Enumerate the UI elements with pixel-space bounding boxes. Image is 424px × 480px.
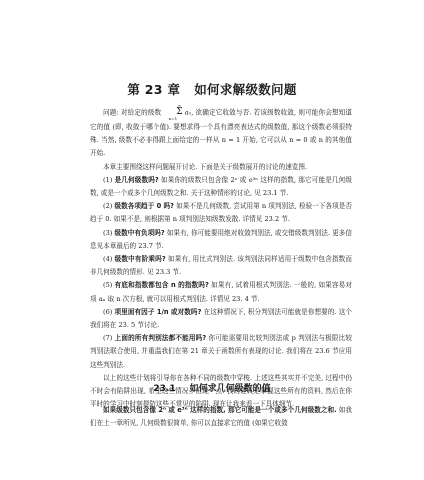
- item-heading: 级数各项趋于 0 吗?: [114, 202, 173, 210]
- item-heading: 项里面有因子 1/n 或对数吗?: [115, 308, 202, 316]
- item-heading: 级数中有阶乘吗?: [115, 255, 166, 263]
- item-heading: 是几何级数吗?: [115, 176, 159, 184]
- section-bold-lead: 如果级数只包含像 2ⁿ 或 e³ⁿ 这样的指数, 那它可能是一个或多个几何级数之…: [103, 406, 337, 414]
- item-heading: 级数中有负项吗?: [114, 229, 164, 237]
- list-item: (1) 是几何级数吗? 如果你的级数只包含像 2ⁿ 或 e³ⁿ 这样的指数, 那…: [90, 174, 352, 200]
- section-body: 如果级数只包含像 2ⁿ 或 e³ⁿ 这样的指数, 那它可能是一个或多个几何级数之…: [90, 404, 352, 430]
- overview-paragraph: 本章主要围绕这样问题展开讨论. 下面是关于级数展开的讨论的速览图.: [90, 161, 352, 174]
- intro-paragraph: 问题: 对给定的级数∞Σn=1aₙ, 欲确定它收敛与否. 若该级数收敛, 则可能…: [90, 104, 352, 161]
- section-title: 23.1如何求几何级数的值: [0, 381, 424, 394]
- sum-lower: n=1: [169, 116, 177, 121]
- item-number: (1): [103, 176, 112, 184]
- item-heading: 有底和指数都包含 n 的指数吗?: [115, 281, 209, 289]
- item-number: (7): [103, 334, 112, 342]
- section-title-text: 如何求几何级数的值: [190, 384, 271, 394]
- document-page: 第 23 章如何求解级数问题 问题: 对给定的级数∞Σn=1aₙ, 欲确定它收敛…: [0, 0, 424, 480]
- list-item: (6) 项里面有因子 1/n 或对数吗? 在这种情况下, 积分判别法可能就是你想…: [90, 306, 352, 332]
- chapter-number: 第 23 章: [127, 82, 180, 97]
- list-item: (2) 级数各项趋于 0 吗? 如果不是几何级数, 尝试用第 n 项判别法, 检…: [90, 200, 352, 226]
- list-item: (5) 有底和指数都包含 n 的指数吗? 如果有, 试着用根式判别法. 一般的,…: [90, 279, 352, 305]
- list-item: (3) 级数中有负项吗? 如果有, 你可能要用绝对收敛判别法, 或交错级数判别法…: [90, 227, 352, 253]
- item-number: (3): [103, 229, 112, 237]
- section-number: 23.1: [153, 384, 175, 394]
- list-item: (7) 上面的所有判别法都不能用吗? 你可能需要用比较判别法或 p 判别法与极限…: [90, 332, 352, 372]
- intro-text-a: 问题: 对给定的级数: [103, 109, 161, 117]
- item-number: (2): [103, 202, 112, 210]
- chapter-body: 问题: 对给定的级数∞Σn=1aₙ, 欲确定它收敛与否. 若该级数收敛, 则可能…: [90, 104, 352, 411]
- item-heading: 上面的所有判别法都不能用吗?: [115, 334, 207, 342]
- chapter-title-text: 如何求解级数问题: [194, 82, 296, 97]
- chapter-title: 第 23 章如何求解级数问题: [0, 80, 424, 98]
- item-number: (4): [103, 255, 112, 263]
- list-item: (4) 级数中有阶乘吗? 如果有, 用比式判别法. 该判别法同样适用于级数中包含…: [90, 253, 352, 279]
- item-number: (6): [103, 308, 112, 316]
- section-paragraph: 如果级数只包含像 2ⁿ 或 e³ⁿ 这样的指数, 那它可能是一个或多个几何级数之…: [90, 404, 352, 430]
- summation-symbol: ∞Σn=1: [163, 104, 182, 121]
- item-number: (5): [103, 281, 112, 289]
